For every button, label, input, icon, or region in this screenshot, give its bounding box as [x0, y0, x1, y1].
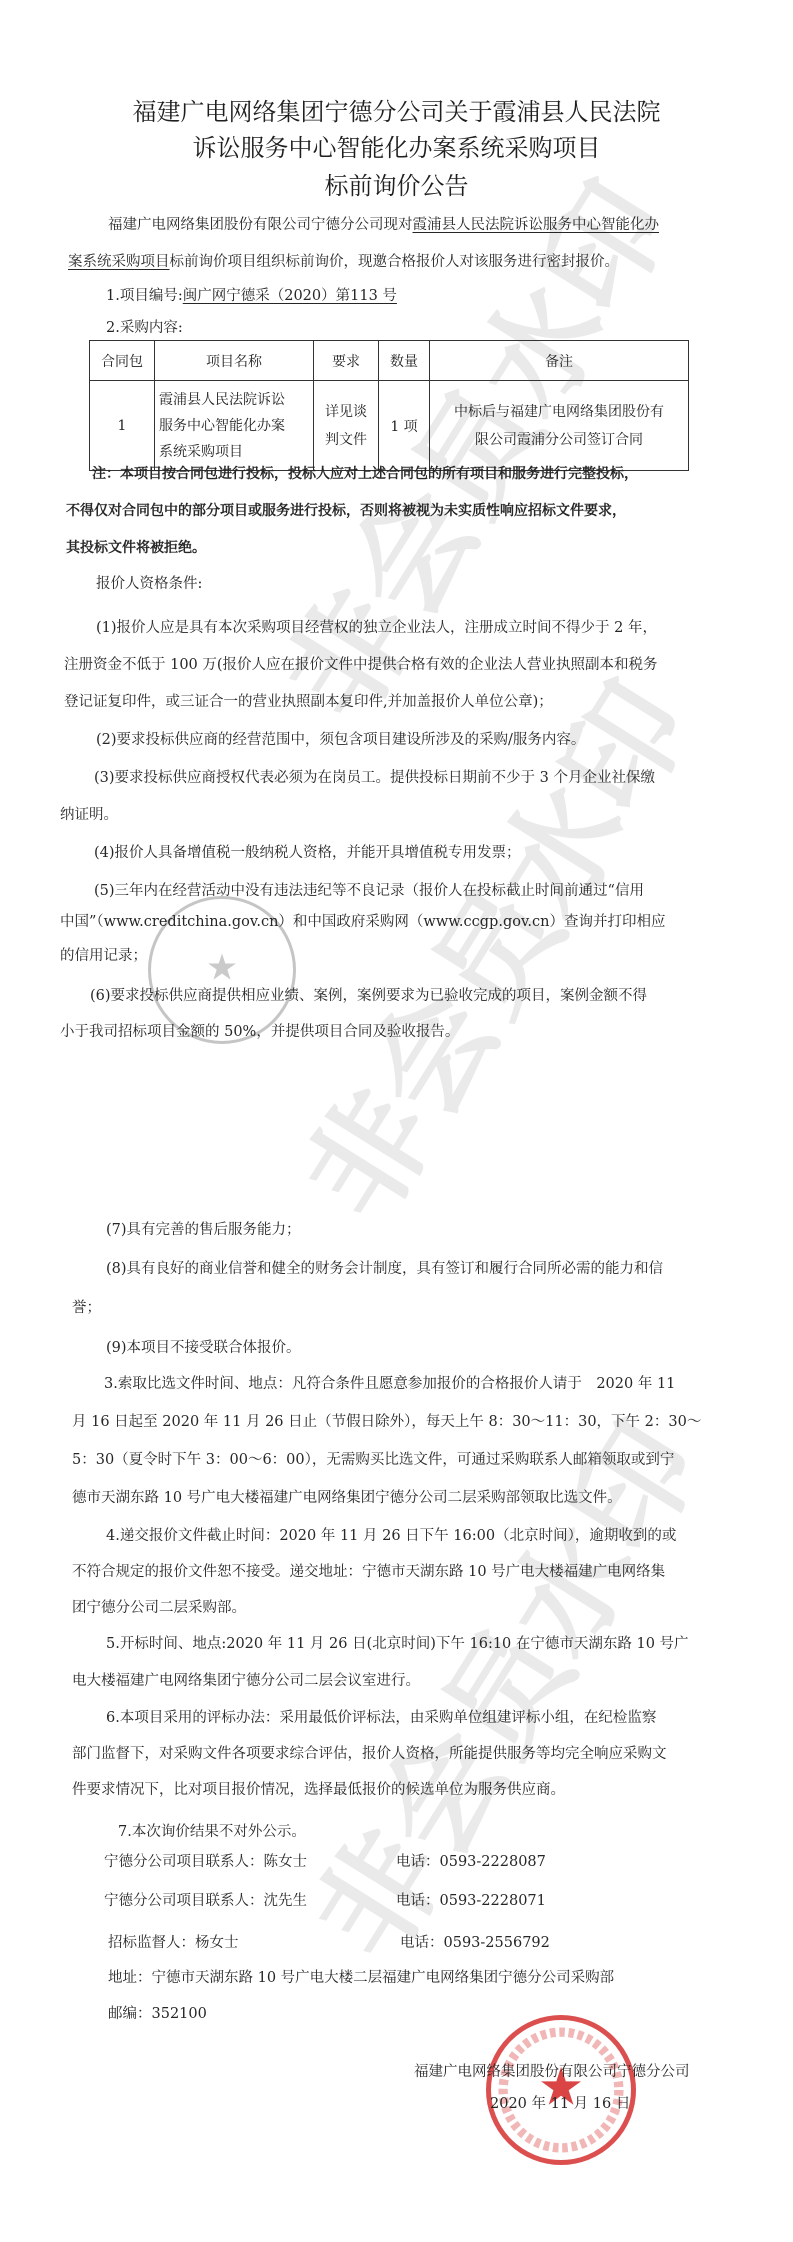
- contact-label: 招标监督人：杨女士: [108, 1925, 239, 1961]
- qualification-2: (2)要求投标供应商的经营范围中，须包含项目建设所涉及的采购/服务内容。: [96, 722, 585, 758]
- qualification-1: (1)报价人应是具有本次采购项目经营权的独立企业法人，注册成立时间不得少于 2 …: [96, 610, 657, 646]
- section-5: 电大楼福建广电网络集团宁德分公司二层会议室进行。: [72, 1663, 420, 1699]
- qualification-1: 注册资金不低于 100 万(报价人应在报价文件中提供合格有效的企业法人营业执照副…: [64, 647, 658, 683]
- qualification-1: 登记证复印件，或三证合一的营业执照副本复印件,并加盖报价人单位公章)；: [64, 684, 553, 720]
- intro-line-2: 案系统采购项目标前询价项目组织标前询价，现邀合格报价人对该服务进行密封报价。: [68, 244, 619, 280]
- title-line-3: 标前询价公告: [0, 166, 793, 201]
- title-line-1: 福建广电网络集团宁德分公司关于霞浦县人民法院: [0, 92, 793, 127]
- note-line: 不得仅对合同包中的部分项目或服务进行投标，否则将被视为未实质性响应招标文件要求，: [66, 493, 626, 529]
- contact-label: 宁德分公司项目联系人：陈女士: [104, 1844, 307, 1880]
- cell-name-line: 霞浦县人民法院诉讼: [159, 387, 309, 413]
- qualification-8: (8)具有良好的商业信誉和健全的财务会计制度，具有签订和履行合同所必需的能力和信: [106, 1251, 663, 1287]
- project-name-underlined: 案系统采购项目: [68, 254, 170, 270]
- project-number: 1.项目编号:闽广网宁德采（2020）第113 号: [106, 278, 397, 314]
- note-line: 注：本项目按合同包进行投标，投标人应对上述合同包的所有项目和服务进行完整投标，: [92, 456, 638, 492]
- project-number-label: 1.项目编号:: [106, 288, 183, 304]
- section-4: 不符合规定的报价文件恕不接受。递交地址：宁德市天湖东路 10 号广电大楼福建广电…: [72, 1554, 665, 1590]
- cell-name-line: 服务中心智能化办案: [159, 413, 309, 439]
- qualification-7: (7)具有完善的售后服务能力；: [106, 1212, 301, 1248]
- intro-prefix: 福建广电网络集团股份有限公司宁德分公司现对: [108, 217, 413, 233]
- qualification-6: (6)要求投标供应商提供相应业绩、案例，案例要求为已验收完成的项目，案例金额不得: [90, 978, 647, 1014]
- qualification-5: 中国”（www.creditchina.gov.cn）和中国政府采购网（www.…: [60, 904, 666, 940]
- qualification-9: (9)本项目不接受联合体报价。: [106, 1330, 301, 1366]
- contact-label: 宁德分公司项目联系人：沈先生: [104, 1883, 307, 1919]
- title-line-2: 诉讼服务中心智能化办案系统采购项目: [0, 128, 793, 163]
- postcode: 邮编：352100: [108, 1996, 207, 2032]
- intro-line-1: 福建广电网络集团股份有限公司宁德分公司现对霞浦县人民法院诉讼服务中心智能化办: [108, 207, 659, 243]
- intro-suffix: 标前询价项目组织标前询价，现邀合格报价人对该服务进行密封报价。: [170, 254, 620, 270]
- header-package: 合同包: [90, 341, 155, 381]
- note-line: 其投标文件将被拒绝。: [66, 530, 206, 566]
- header-remark: 备注: [430, 341, 689, 381]
- cell-requirement-line: 判文件: [318, 426, 374, 454]
- table-header-row: 合同包 项目名称 要求 数量 备注: [90, 341, 689, 381]
- section-6: 6.本项目采用的评标办法：采用最低价评标法，由采购单位组建评标小组，在纪检监察: [106, 1700, 656, 1736]
- procurement-table: 合同包 项目名称 要求 数量 备注 1 霞浦县人民法院诉讼 服务中心智能化办案 …: [89, 340, 689, 471]
- qualification-8: 誉；: [72, 1290, 101, 1326]
- section-4: 4.递交报价文件截止时间：2020 年 11 月 26 日下午 16:00（北京…: [106, 1518, 676, 1554]
- address: 地址：宁德市天湖东路 10 号广电大楼二层福建广电网络集团宁德分公司采购部: [108, 1960, 614, 1996]
- header-name: 项目名称: [155, 341, 314, 381]
- section-4: 团宁德分公司二层采购部。: [72, 1590, 246, 1626]
- cell-remark-line: 限公司霞浦分公司签订合同: [434, 426, 684, 454]
- qualification-3: 纳证明。: [60, 797, 118, 833]
- document-page: 非会员水印 非会员水印 非会员水印 ★ 福建广电网络集团宁德分公司关于霞浦县人民…: [0, 0, 793, 2242]
- qualification-5: 的信用记录；: [60, 938, 147, 974]
- qualifications-heading: 报价人资格条件:: [96, 566, 202, 602]
- contact-phone: 电话：0593-2228071: [396, 1883, 546, 1919]
- signature-company: 福建广电网络集团股份有限公司宁德分公司: [414, 2054, 690, 2090]
- section-3: 德市天湖东路 10 号广电大楼福建广电网络集团宁德分公司二层采购部领取比选文件。: [72, 1480, 622, 1516]
- section-3: 3.索取比选文件时间、地点：凡符合条件且愿意参加报价的合格报价人请于 2020 …: [104, 1366, 675, 1402]
- qualification-4: (4)报价人具备增值税一般纳税人资格，并能开具增值税专用发票；: [94, 835, 521, 871]
- signature-date: 2020 年 11 月 16 日: [490, 2086, 630, 2122]
- header-quantity: 数量: [379, 341, 430, 381]
- section-3: 月 16 日起至 2020 年 11 月 26 日止（节假日除外），每天上午 8…: [72, 1404, 701, 1440]
- section-5: 5.开标时间、地点:2020 年 11 月 26 日(北京时间)下午 16:10…: [106, 1626, 689, 1662]
- header-requirement: 要求: [314, 341, 379, 381]
- section-6: 件要求情况下，比对项目报价情况，选择最低报价的候选单位为服务供应商。: [72, 1772, 565, 1808]
- section-3: 5：30（夏令时下午 3：00～6：00），无需购买比选文件，可通过采购联系人邮…: [72, 1442, 674, 1478]
- contact-phone: 电话：0593-2228087: [396, 1844, 546, 1880]
- cell-requirement-line: 详见谈: [318, 398, 374, 426]
- qualification-3: (3)要求投标供应商授权代表必须为在岗员工。提供投标日期前不少于 3 个月企业社…: [94, 760, 655, 796]
- project-name-underlined: 霞浦县人民法院诉讼服务中心智能化办: [413, 217, 660, 233]
- qualification-6: 小于我司招标项目金额的 50%，并提供项目合同及验收报告。: [60, 1014, 459, 1050]
- cell-remark-line: 中标后与福建广电网络集团股份有: [434, 398, 684, 426]
- section-6: 部门监督下，对采购文件各项要求综合评估，报价人资格，所能提供服务等均完全响应采购…: [72, 1736, 667, 1772]
- contact-phone: 电话：0593-2556792: [400, 1925, 550, 1961]
- project-number-value: 闽广网宁德采（2020）第113 号: [183, 288, 397, 304]
